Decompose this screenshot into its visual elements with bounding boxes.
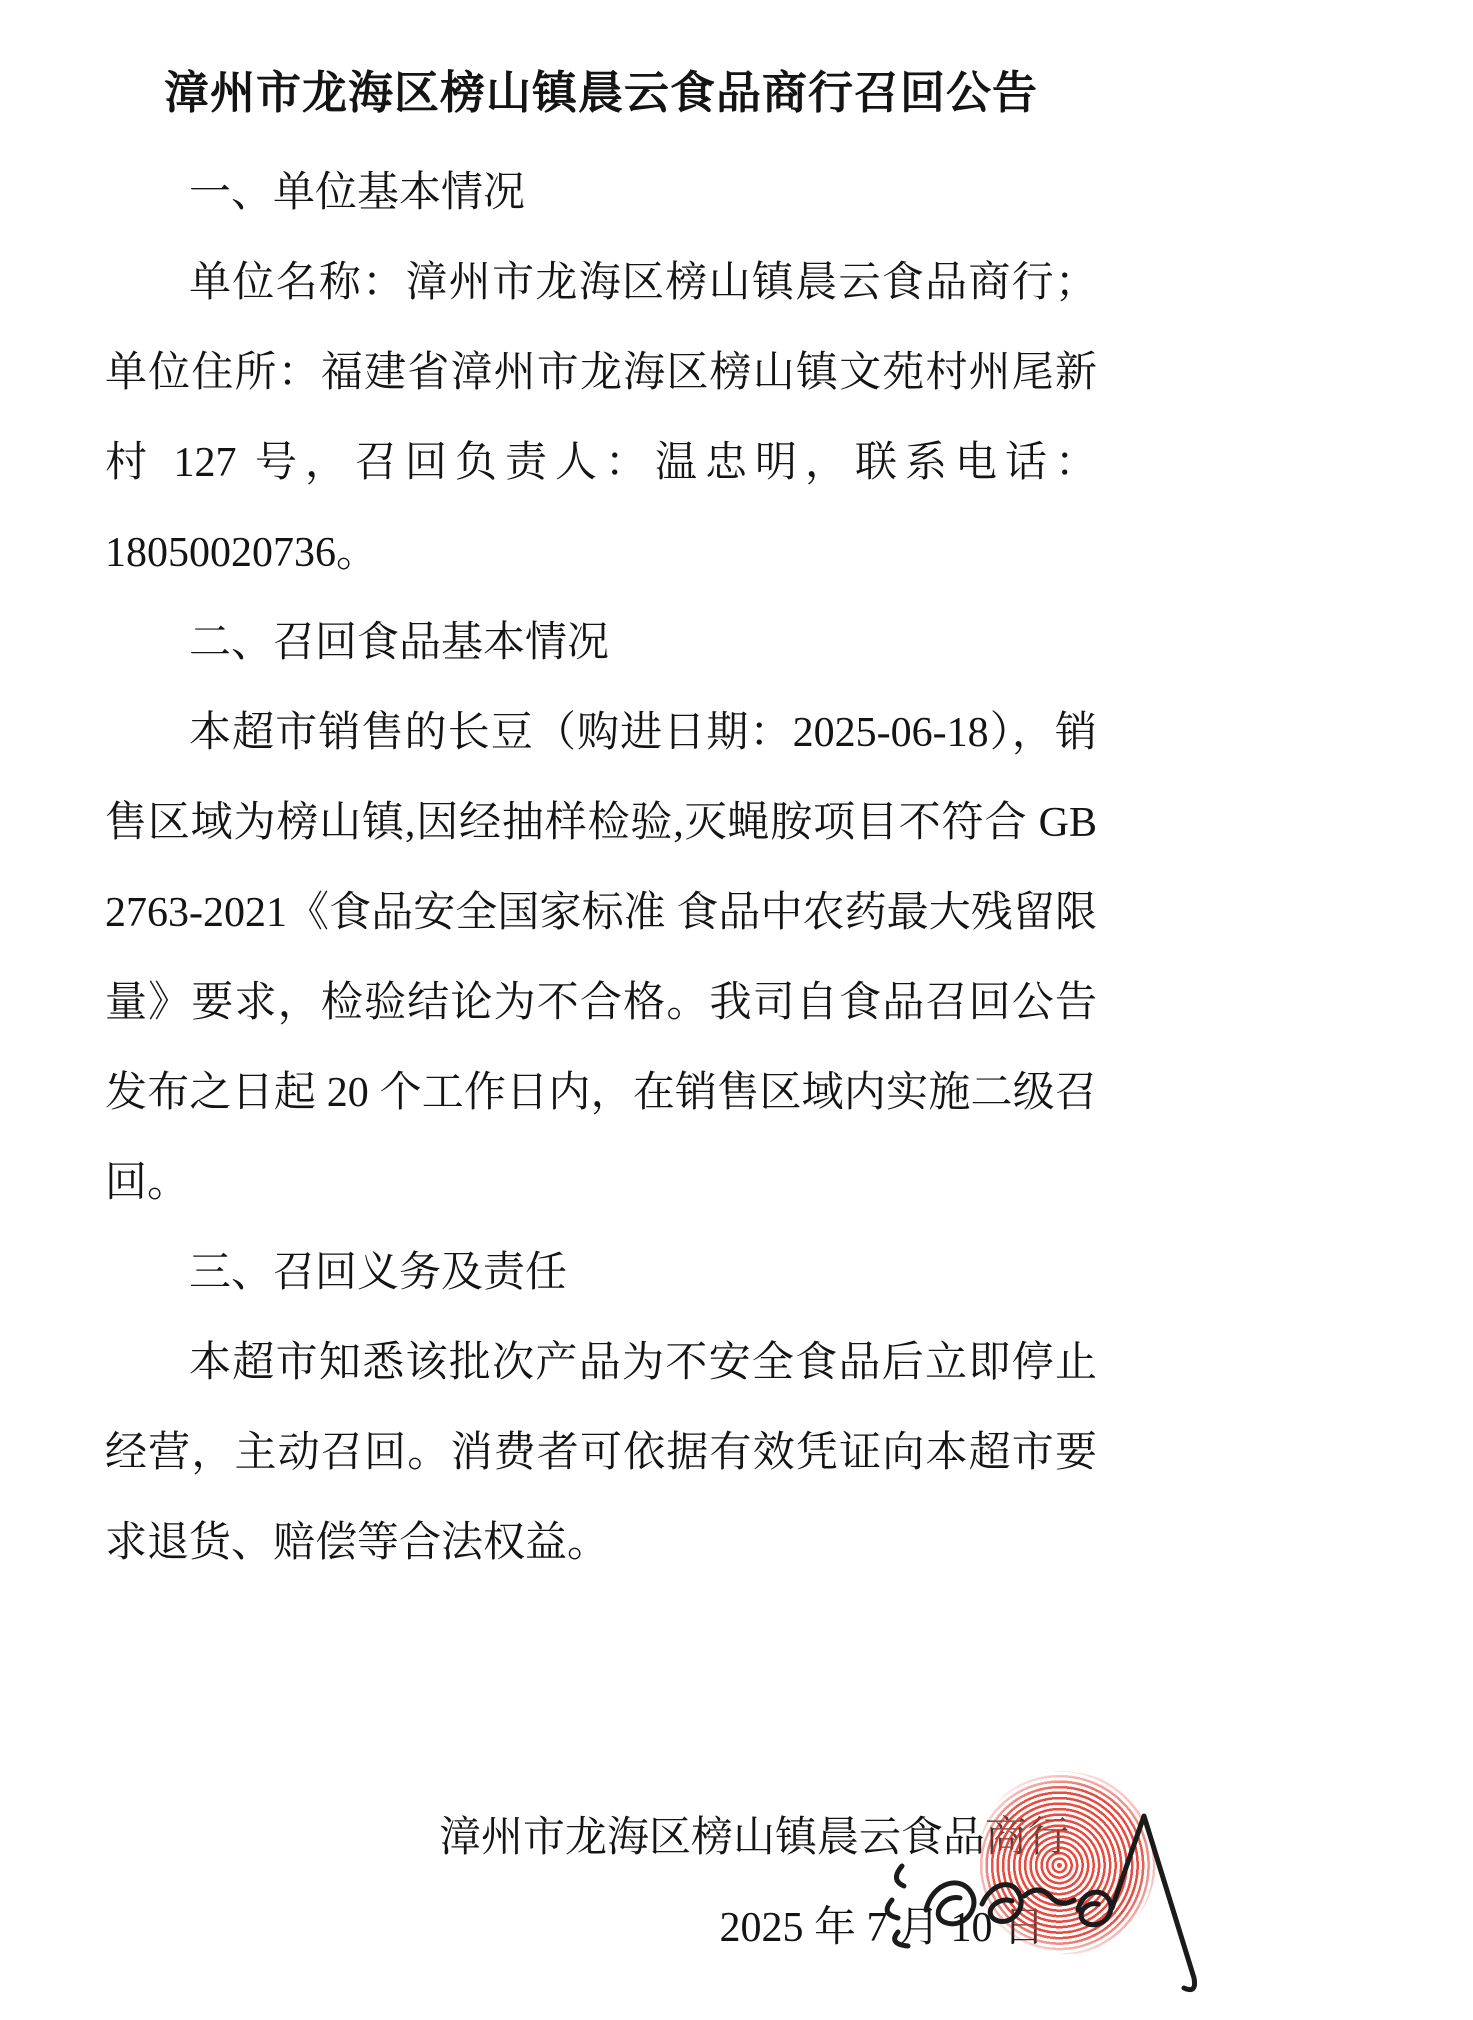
section-2-heading: 二、召回食品基本情况 xyxy=(105,598,1097,688)
handwritten-signature xyxy=(882,1792,1218,2010)
section-3-heading: 三、召回义务及责任 xyxy=(105,1228,1097,1318)
section-1-paragraph: 单位名称：漳州市龙海区榜山镇晨云食品商行；单位住所：福建省漳州市龙海区榜山镇文苑… xyxy=(105,238,1097,598)
section-unit-basic-info: 一、单位基本情况 单位名称：漳州市龙海区榜山镇晨云食品商行；单位住所：福建省漳州… xyxy=(105,148,1097,598)
document-title: 漳州市龙海区榜山镇晨云食品商行召回公告 xyxy=(105,60,1097,126)
section-recall-obligations: 三、召回义务及责任 本超市知悉该批次产品为不安全食品后立即停止经营，主动召回。消… xyxy=(105,1228,1097,1588)
section-2-paragraph: 本超市销售的长豆（购进日期：2025-06-18），销售区域为榜山镇,因经抽样检… xyxy=(105,688,1097,1228)
document-page: { "page": { "title": "漳州市龙海区榜山镇晨云食品商行召回公… xyxy=(0,0,1473,2020)
section-3-paragraph: 本超市知悉该批次产品为不安全食品后立即停止经营，主动召回。消费者可依据有效凭证向… xyxy=(105,1318,1097,1588)
section-recalled-food-info: 二、召回食品基本情况 本超市销售的长豆（购进日期：2025-06-18），销售区… xyxy=(105,598,1097,1228)
section-1-heading: 一、单位基本情况 xyxy=(105,148,1097,238)
recall-announcement-document: 漳州市龙海区榜山镇晨云食品商行召回公告 一、单位基本情况 单位名称：漳州市龙海区… xyxy=(0,0,1097,1973)
